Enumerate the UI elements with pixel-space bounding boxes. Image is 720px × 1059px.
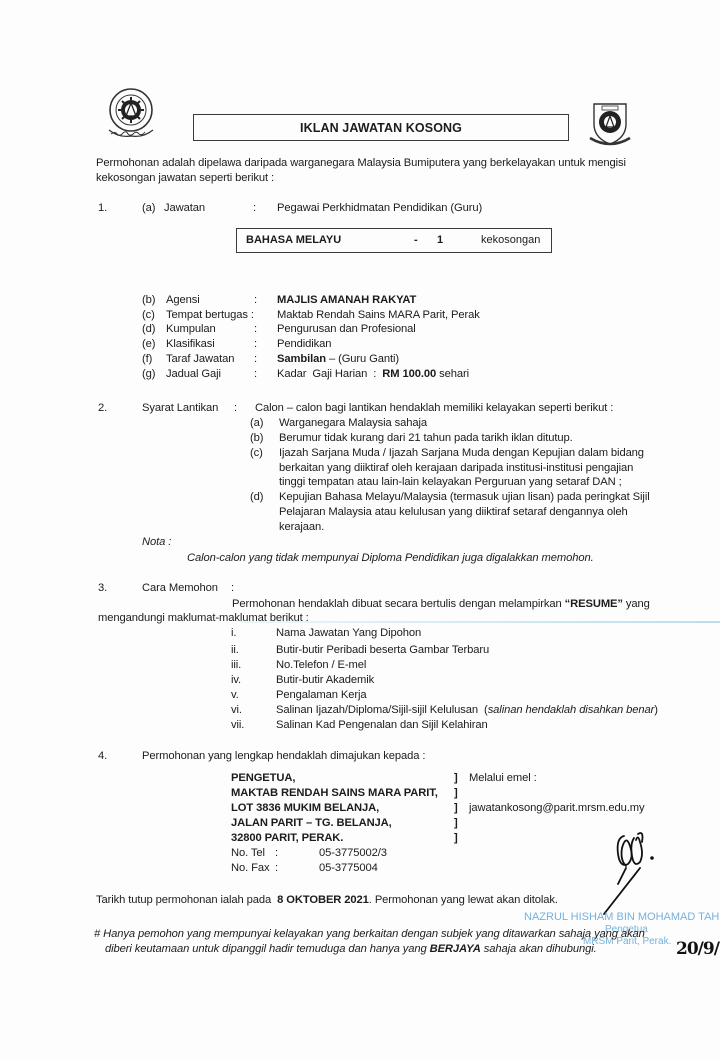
tel-sep: : <box>275 846 278 860</box>
agency-value: MAJLIS AMANAH RAKYAT <box>277 293 416 307</box>
resume-text: Salinan Ijazah/Diploma/Sijil-sijil Kelul… <box>276 703 658 717</box>
req-text: Pelajaran Malaysia atau kelulusan yang d… <box>279 505 628 519</box>
detail-sep: : <box>254 352 257 366</box>
req-text: berkaitan yang diiktiraf oleh kerajaan d… <box>279 461 633 475</box>
vacancy-subject: BAHASA MELAYU <box>246 234 341 246</box>
bracket: ] <box>454 786 458 800</box>
address-line: JALAN PARIT – TG. BELANJA, <box>231 816 392 830</box>
jawatan-sep: : <box>253 201 256 215</box>
intro-line-1: Permohonan adalah dipelawa daripada warg… <box>96 156 626 170</box>
detail-sep: : <box>254 322 257 336</box>
section-2-sep: : <box>234 401 237 415</box>
req-text: Berumur tidak kurang dari 21 tahun pada … <box>279 431 573 445</box>
section-4-number: 4. <box>98 749 107 763</box>
workplace-value: Maktab Rendah Sains MARA Parit, Perak <box>277 308 480 322</box>
detail-key: (f) <box>142 352 152 366</box>
req-text: tinggi tempatan atau lain-lain kelayakan… <box>279 475 622 489</box>
req-text: Kepujian Bahasa Melayu/Malaysia (termasu… <box>279 490 650 504</box>
vacancy-count: 1 <box>437 234 443 246</box>
section-2-lead: Calon – calon bagi lantikan hendaklah me… <box>255 401 613 415</box>
fax-value: 05-3775004 <box>319 861 378 875</box>
resume-key: vi. <box>231 703 242 717</box>
status-value: Sambilan – (Guru Ganti) <box>277 352 399 366</box>
stamp-name: NAZRUL HISHAM BIN MOHAMAD TAHIR <box>524 911 720 923</box>
section-3-lead-line-2: mengandungi maklumat-maklumat berikut : <box>98 611 309 625</box>
tel-value: 05-3775002/3 <box>319 846 387 860</box>
req-key: (c) <box>250 446 263 460</box>
page-title: IKLAN JAWATAN KOSONG <box>193 114 569 141</box>
section-2-number: 2. <box>98 401 107 415</box>
detail-key: (g) <box>142 367 155 381</box>
signature-mark <box>600 826 680 916</box>
req-text: kerajaan. <box>279 520 324 534</box>
resume-key: iv. <box>231 673 241 687</box>
req-text: Warganegara Malaysia sahaja <box>279 416 427 430</box>
nota-label: Nota : <box>142 535 171 549</box>
section-3-number: 3. <box>98 581 107 595</box>
fax-label: No. Fax <box>231 861 269 875</box>
vacancy-dash: - <box>414 234 418 246</box>
email-label: Melalui emel : <box>469 771 537 785</box>
resume-key: i. <box>231 626 236 640</box>
resume-text: Pengalaman Kerja <box>276 688 366 702</box>
section-3-sep: : <box>231 581 234 595</box>
bracket: ] <box>454 831 458 845</box>
req-key: (a) <box>250 416 263 430</box>
jawatan-value: Pegawai Perkhidmatan Pendidikan (Guru) <box>277 201 482 215</box>
classification-value: Pendidikan <box>277 337 331 351</box>
resume-key: iii. <box>231 658 241 672</box>
resume-text: Butir-butir Peribadi beserta Gambar Terb… <box>276 643 489 657</box>
resume-text: Salinan Kad Pengenalan dan Sijil Kelahir… <box>276 718 488 732</box>
bracket: ] <box>454 771 458 785</box>
detail-label: Jadual Gaji <box>166 367 221 381</box>
detail-sep: : <box>254 367 257 381</box>
mrsm-crest-logo <box>588 100 632 148</box>
address-line: 32800 PARIT, PERAK. <box>231 831 343 845</box>
scan-artifact-line <box>240 621 720 623</box>
footnote-line-2: diberi keutamaan untuk dipanggil hadir t… <box>105 942 597 956</box>
intro-line-2: kekosongan jawatan seperti berikut : <box>96 171 274 185</box>
mara-crest-logo <box>103 86 159 144</box>
resume-text: Nama Jawatan Yang Dipohon <box>276 626 421 640</box>
group-value: Pengurusan dan Profesional <box>277 322 416 336</box>
resume-key: v. <box>231 688 239 702</box>
vacancy-box: BAHASA MELAYU - 1 kekosongan <box>236 228 552 253</box>
tel-label: No. Tel <box>231 846 265 860</box>
resume-text: No.Telefon / E-mel <box>276 658 366 672</box>
vacancy-unit: kekosongan <box>481 234 540 246</box>
address-line: LOT 3836 MUKIM BELANJA, <box>231 801 379 815</box>
detail-sep: : <box>254 293 257 307</box>
req-text: Ijazah Sarjana Muda / Ijazah Sarjana Mud… <box>279 446 644 460</box>
detail-key: (c) <box>142 308 155 322</box>
bracket: ] <box>454 801 458 815</box>
detail-sep: : <box>254 337 257 351</box>
closing-date-text: Tarikh tutup permohonan ialah pada 8 OKT… <box>96 893 558 907</box>
salary-value: Kadar Gaji Harian : RM 100.00 sehari <box>277 367 469 381</box>
fax-sep: : <box>275 861 278 875</box>
jawatan-key: (a) <box>142 201 155 215</box>
section-3-lead: Permohonan hendaklah dibuat secara bertu… <box>232 597 650 611</box>
detail-label: Tempat bertugas : <box>166 308 254 322</box>
email-link[interactable]: jawatankosong@parit.mrsm.edu.my <box>469 801 645 815</box>
section-2-label: Syarat Lantikan <box>142 401 218 415</box>
resume-key: vii. <box>231 718 244 732</box>
section-4-lead: Permohonan yang lengkap hendaklah dimaju… <box>142 749 425 763</box>
bracket: ] <box>454 816 458 830</box>
detail-label: Agensi <box>166 293 200 307</box>
handwritten-date: 20/9/2 <box>676 939 720 959</box>
detail-label: Kumpulan <box>166 322 216 336</box>
req-key: (d) <box>250 490 263 504</box>
address-line: MAKTAB RENDAH SAINS MARA PARIT, <box>231 786 438 800</box>
detail-key: (b) <box>142 293 155 307</box>
resume-text: Butir-butir Akademik <box>276 673 374 687</box>
jawatan-label: Jawatan <box>164 201 205 215</box>
section-1-number: 1. <box>98 201 107 215</box>
detail-key: (d) <box>142 322 155 336</box>
address-line: PENGETUA, <box>231 771 295 785</box>
detail-label: Klasifikasi <box>166 337 215 351</box>
detail-key: (e) <box>142 337 155 351</box>
resume-key: ii. <box>231 643 239 657</box>
detail-label: Taraf Jawatan <box>166 352 234 366</box>
req-key: (b) <box>250 431 263 445</box>
job-advertisement-page: IKLAN JAWATAN KOSONG Permohonan adalah d… <box>0 0 720 1059</box>
section-3-label: Cara Memohon <box>142 581 218 595</box>
footnote-line-1: # Hanya pemohon yang mempunyai kelayakan… <box>94 927 645 941</box>
nota-text: Calon-calon yang tidak mempunyai Diploma… <box>187 551 594 565</box>
